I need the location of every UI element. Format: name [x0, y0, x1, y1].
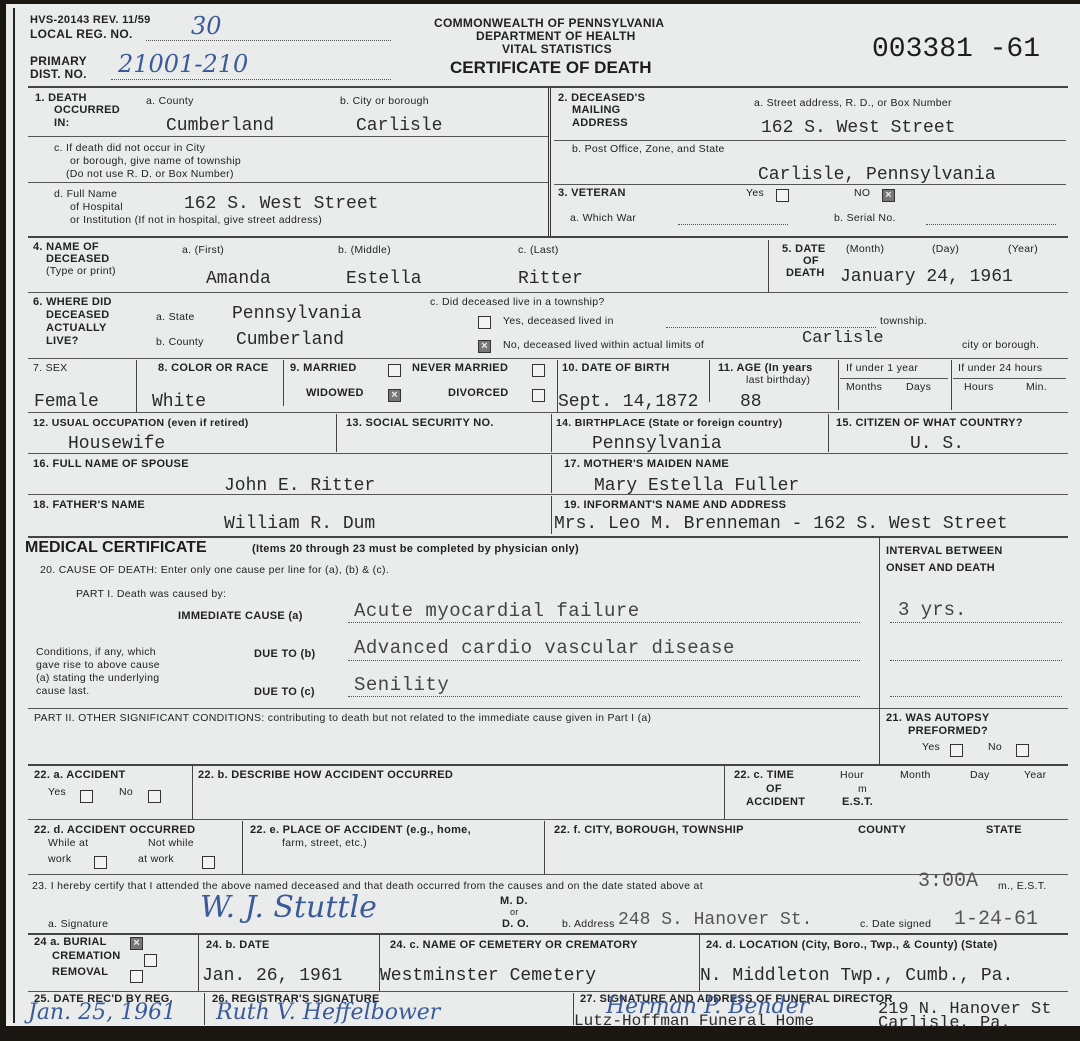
- do-label: D. O.: [502, 918, 529, 930]
- accident-month-label: Month: [900, 769, 931, 781]
- city-limits-field[interactable]: Carlisle: [802, 329, 884, 348]
- accident-city-label: 22. f. CITY, BOROUGH, TOWNSHIP: [554, 824, 744, 836]
- accident-time-label: 22. c. TIME: [734, 769, 794, 781]
- father-name-label: 18. FATHER'S NAME: [33, 499, 145, 511]
- post-office-label: b. Post Office, Zone, and State: [572, 143, 725, 155]
- item6-label-4: LIVE?: [46, 335, 79, 347]
- accident-no-checkbox[interactable]: [148, 790, 161, 803]
- agency-commonwealth: COMMONWEALTH OF PENNSYLVANIA: [434, 16, 664, 30]
- interval-label: INTERVAL BETWEEN: [886, 545, 1003, 557]
- item2-label: 2. DECEASED'S: [558, 92, 645, 104]
- month-label: (Month): [846, 243, 884, 255]
- item5-label-2: OF: [803, 255, 819, 267]
- burial-date-label: 24. b. DATE: [206, 939, 270, 951]
- cremation-label: CREMATION: [52, 950, 121, 962]
- middle-name-label: b. (Middle): [338, 244, 391, 256]
- cemetery-location-field[interactable]: N. Middleton Twp., Cumb., Pa.: [700, 966, 1013, 986]
- while-at-work-label: While at: [48, 837, 88, 849]
- date-signed-label: c. Date signed: [860, 918, 931, 930]
- autopsy-label-2: PREFORMED?: [908, 725, 988, 737]
- physician-signature[interactable]: W. J. Stuttle: [200, 890, 377, 925]
- middle-name-field[interactable]: Estella: [346, 269, 422, 289]
- widowed-label: WIDOWED: [306, 387, 364, 399]
- days-label: Days: [906, 381, 931, 393]
- informant-field[interactable]: Mrs. Leo M. Brenneman - 162 S. West Stre…: [554, 514, 1008, 534]
- interval-c-field[interactable]: [890, 696, 1062, 697]
- immediate-cause-field[interactable]: Acute myocardial failure: [354, 600, 640, 622]
- year-label: (Year): [1008, 243, 1038, 255]
- item2-label-2: MAILING: [572, 104, 621, 116]
- accident-time-label-3: ACCIDENT: [746, 796, 805, 808]
- interval-a-field[interactable]: 3 yrs.: [898, 599, 966, 621]
- under-year-label: If under 1 year: [846, 362, 918, 374]
- conditions-label-3: (a) stating the underlying: [36, 672, 159, 684]
- accident-m-label: m: [858, 783, 867, 795]
- cause-of-death-label: 20. CAUSE OF DEATH: Enter only one cause…: [40, 564, 389, 576]
- accident-day-label: Day: [970, 769, 990, 781]
- hospital-field[interactable]: 162 S. West Street: [184, 194, 378, 214]
- autopsy-no-checkbox[interactable]: [1016, 744, 1029, 757]
- funeral-address-line2[interactable]: Carlisle, Pa.: [878, 1014, 1011, 1033]
- accident-occurred-label: 22. d. ACCIDENT OCCURRED: [34, 824, 195, 836]
- cemetery-location-label: 24. d. LOCATION (City, Boro., Twp., & Co…: [706, 939, 998, 951]
- divorced-label: DIVORCED: [448, 387, 508, 399]
- veteran-no-checkbox[interactable]: ×: [882, 189, 895, 202]
- item5-label-3: DEATH: [786, 267, 825, 279]
- birthplace-field[interactable]: Pennsylvania: [592, 434, 722, 454]
- removal-label: REMOVAL: [52, 966, 108, 978]
- county-label: a. County: [146, 95, 194, 107]
- date-of-death-field[interactable]: January 24, 1961: [840, 267, 1013, 287]
- autopsy-no-label: No: [988, 741, 1002, 753]
- accident-yes-checkbox[interactable]: [80, 790, 93, 803]
- cemetery-label: 24. c. NAME OF CEMETERY OR CREMATORY: [390, 939, 638, 951]
- accident-place-label-2: farm, street, etc.): [282, 837, 367, 849]
- township-name-field[interactable]: [666, 327, 876, 328]
- due-to-b-label: DUE TO (b): [254, 648, 315, 660]
- local-reg-label: LOCAL REG. NO.: [30, 27, 133, 41]
- hospital-label-3: or Institution (If not in hospital, give…: [70, 214, 322, 226]
- age-label: 11. AGE (In years: [718, 362, 813, 374]
- under-24-hours-label: If under 24 hours: [958, 362, 1043, 374]
- accident-time-label-2: OF: [766, 783, 782, 795]
- medical-certificate-subtitle: (Items 20 through 23 must be completed b…: [252, 543, 579, 555]
- burial-date-field[interactable]: Jan. 26, 1961: [202, 966, 342, 986]
- mailing-post-office-field[interactable]: Carlisle, Pennsylvania: [758, 165, 996, 185]
- serial-no-label: b. Serial No.: [834, 212, 896, 224]
- hours-label: Hours: [964, 381, 994, 393]
- sex-label: 7. SEX: [33, 362, 67, 374]
- accident-label: 22. a. ACCIDENT: [34, 769, 126, 781]
- accident-no-label: No: [119, 786, 133, 798]
- township-no-checkbox[interactable]: ×: [478, 340, 491, 353]
- physician-signature-label: a. Signature: [48, 918, 108, 930]
- form-number: HVS-20143 REV. 11/59: [30, 14, 151, 26]
- cemetery-field[interactable]: Westminster Cemetery: [380, 966, 596, 986]
- last-name-label: c. (Last): [518, 244, 559, 256]
- hospital-label: d. Full Name: [54, 188, 117, 200]
- not-at-work-label-2: at work: [138, 853, 174, 865]
- birth-date-field[interactable]: Sept. 14,1872: [558, 392, 698, 412]
- race-label: 8. COLOR OR RACE: [158, 362, 269, 374]
- item1-label-2: OCCURRED: [54, 104, 120, 116]
- father-name-field[interactable]: William R. Dum: [224, 514, 375, 534]
- item2-label-3: ADDRESS: [572, 117, 628, 129]
- item1-label-3: IN:: [54, 117, 70, 129]
- age-label-2: last birthday): [746, 374, 810, 386]
- accident-description-label: 22. b. DESCRIBE HOW ACCIDENT OCCURRED: [198, 769, 453, 781]
- accident-year-label: Year: [1024, 769, 1046, 781]
- agency-vital-stats: VITAL STATISTICS: [502, 42, 612, 56]
- physician-address-label: b. Address: [562, 918, 615, 930]
- death-certificate: HVS-20143 REV. 11/59 LOCAL REG. NO. 30 P…: [6, 4, 1080, 1026]
- not-at-work-label: Not while: [148, 837, 194, 849]
- autopsy-yes-checkbox[interactable]: [950, 744, 963, 757]
- item4-label-2: DECEASED: [46, 253, 110, 265]
- township-yes-label: Yes, deceased lived in: [503, 315, 614, 327]
- residence-state-label: a. State: [156, 311, 195, 323]
- veteran-yes-label: Yes: [746, 187, 764, 199]
- never-married-checkbox[interactable]: [532, 364, 545, 377]
- not-at-work-checkbox[interactable]: [202, 856, 215, 869]
- which-war-label: a. Which War: [570, 212, 636, 224]
- widowed-checkbox[interactable]: ×: [388, 389, 401, 402]
- first-name-label: a. (First): [182, 244, 224, 256]
- city-label: b. City or borough: [340, 95, 429, 107]
- township-label-2: or borough, give name of township: [70, 155, 241, 167]
- due-to-c-label: DUE TO (c): [254, 686, 315, 698]
- interval-b-field[interactable]: [890, 660, 1062, 661]
- conditions-label-2: gave rise to above cause: [36, 659, 160, 671]
- race-field[interactable]: White: [152, 392, 206, 412]
- city-limits-suffix: city or borough.: [962, 339, 1039, 351]
- registrar-signature[interactable]: Ruth V. Heffelbower: [216, 1000, 440, 1025]
- informant-label: 19. INFORMANT'S NAME AND ADDRESS: [564, 499, 786, 511]
- never-married-label: NEVER MARRIED: [412, 362, 508, 374]
- age-field[interactable]: 88: [740, 392, 762, 412]
- accident-state-label: STATE: [986, 824, 1022, 836]
- accident-est-label: E.S.T.: [842, 796, 873, 808]
- veteran-label: 3. VETERAN: [558, 187, 626, 199]
- married-checkbox[interactable]: [388, 364, 401, 377]
- funeral-home-field[interactable]: Lutz-Hoffman Funeral Home: [574, 1012, 814, 1030]
- mailing-street-field[interactable]: 162 S. West Street: [761, 118, 955, 138]
- residence-state-field[interactable]: Pennsylvania: [232, 304, 362, 324]
- item6-label-3: ACTUALLY: [46, 322, 107, 334]
- mother-maiden-name-field[interactable]: Mary Estella Fuller: [594, 476, 799, 496]
- date-signed-field[interactable]: 1-24-61: [954, 908, 1038, 931]
- death-city-field[interactable]: Carlisle: [356, 116, 442, 136]
- removal-checkbox[interactable]: [130, 970, 143, 983]
- township-label-3: (Do not use R. D. or Box Number): [66, 168, 234, 180]
- local-reg-value[interactable]: 30: [191, 12, 222, 40]
- burial-checkbox[interactable]: ×: [130, 937, 143, 950]
- street-label: a. Street address, R. D., or Box Number: [754, 97, 952, 109]
- physician-address-field[interactable]: 248 S. Hanover St.: [618, 910, 812, 930]
- autopsy-label: 21. WAS AUTOPSY: [886, 712, 990, 724]
- certificate-title: CERTIFICATE OF DEATH: [450, 58, 651, 78]
- death-time-field[interactable]: 3:00A: [918, 870, 978, 893]
- md-label: M. D.: [500, 895, 528, 907]
- minutes-label: Min.: [1026, 381, 1047, 393]
- occupation-label: 12. USUAL OCCUPATION (even if retired): [33, 417, 249, 429]
- part1-label: PART I. Death was caused by:: [76, 588, 226, 600]
- part2-label: PART II. OTHER SIGNIFICANT CONDITIONS: c…: [34, 712, 651, 724]
- township-question: c. Did deceased live in a township?: [430, 296, 605, 308]
- immediate-cause-label: IMMEDIATE CAUSE (a): [178, 610, 303, 622]
- residence-county-field[interactable]: Cumberland: [236, 330, 344, 350]
- spouse-field[interactable]: John E. Ritter: [224, 476, 375, 496]
- or-label: or: [510, 907, 519, 917]
- accident-yes-label: Yes: [48, 786, 66, 798]
- township-label: c. If death did not occur in City: [54, 142, 205, 154]
- item1-label: 1. DEATH: [35, 92, 87, 104]
- mother-maiden-name-label: 17. MOTHER'S MAIDEN NAME: [564, 458, 729, 470]
- primary-dist-label-2: DIST. NO.: [30, 67, 87, 81]
- page-edge: [13, 8, 15, 1023]
- last-name-field[interactable]: Ritter: [518, 269, 583, 289]
- item6-label: 6. WHERE DID: [33, 296, 112, 308]
- residence-county-label: b. County: [156, 336, 204, 348]
- married-label: 9. MARRIED: [290, 362, 357, 374]
- day-label: (Day): [932, 243, 959, 255]
- cremation-checkbox[interactable]: [144, 954, 157, 967]
- accident-county-label: COUNTY: [858, 824, 906, 836]
- accident-hour-label: Hour: [840, 769, 864, 781]
- conditions-label-4: cause last.: [36, 685, 90, 697]
- township-yes-checkbox[interactable]: [478, 316, 491, 329]
- primary-dist-value[interactable]: 21001-210: [118, 50, 248, 78]
- birth-date-label: 10. DATE OF BIRTH: [562, 362, 670, 374]
- death-county-field[interactable]: Cumberland: [166, 116, 274, 136]
- item4-label: 4. NAME OF: [33, 241, 99, 253]
- burial-label: 24 a. BURIAL: [34, 936, 107, 948]
- occupation-field[interactable]: Housewife: [68, 434, 165, 454]
- item4-label-3: (Type or print): [46, 265, 116, 277]
- while-at-work-label-2: work: [48, 853, 71, 865]
- veteran-yes-checkbox[interactable]: [776, 189, 789, 202]
- which-war-field[interactable]: [678, 224, 788, 225]
- primary-dist-label: PRIMARY: [30, 54, 87, 68]
- death-time-suffix: m., E.S.T.: [998, 880, 1047, 892]
- citizenship-label: 15. CITIZEN OF WHAT COUNTRY?: [836, 417, 1023, 429]
- veteran-no-label: NO: [854, 187, 870, 199]
- hospital-label-2: of Hospital: [70, 201, 123, 213]
- sex-field[interactable]: Female: [34, 392, 99, 412]
- conditions-label: Conditions, if any, which: [36, 646, 156, 658]
- first-name-field[interactable]: Amanda: [206, 269, 271, 289]
- months-label: Months: [846, 381, 882, 393]
- interval-label-2: ONSET AND DEATH: [886, 562, 995, 574]
- city-limits-label: No, deceased lived within actual limits …: [503, 339, 704, 351]
- date-received-field[interactable]: Jan. 25, 1961: [28, 1000, 176, 1025]
- township-suffix: township.: [880, 315, 927, 327]
- ssn-label: 13. SOCIAL SECURITY NO.: [346, 417, 494, 429]
- birthplace-label: 14. BIRTHPLACE (State or foreign country…: [556, 417, 782, 429]
- divorced-checkbox[interactable]: [532, 389, 545, 402]
- medical-certificate-title: MEDICAL CERTIFICATE: [25, 539, 207, 557]
- serial-no-field[interactable]: [926, 224, 1056, 225]
- accident-place-label: 22. e. PLACE OF ACCIDENT (e.g., home,: [250, 824, 471, 836]
- item6-label-2: DECEASED: [46, 309, 110, 321]
- autopsy-yes-label: Yes: [922, 741, 940, 753]
- due-to-c-field[interactable]: Senility: [354, 674, 449, 696]
- spouse-label: 16. FULL NAME OF SPOUSE: [33, 458, 189, 470]
- item5-label: 5. DATE: [782, 243, 825, 255]
- while-at-work-checkbox[interactable]: [94, 856, 107, 869]
- citizenship-field[interactable]: U. S.: [910, 434, 964, 454]
- certificate-number: 003381 -61: [872, 34, 1040, 65]
- due-to-b-field[interactable]: Advanced cardio vascular disease: [354, 637, 735, 659]
- agency-department: DEPARTMENT OF HEALTH: [476, 29, 636, 43]
